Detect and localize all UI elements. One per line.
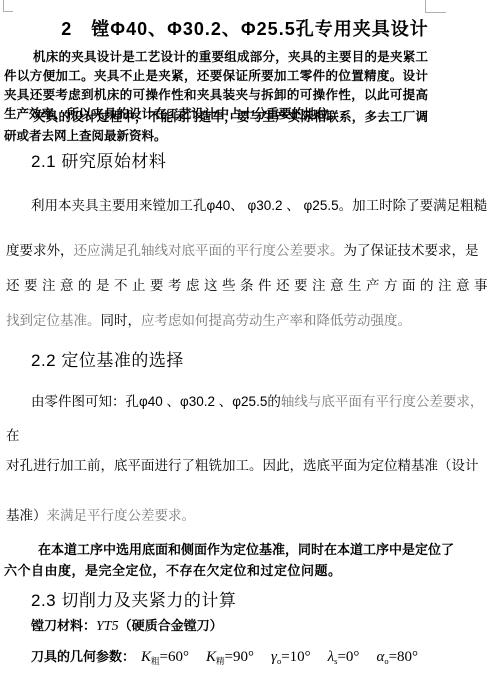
s21-line4-black: 同时， xyxy=(101,313,142,328)
s21-line2-gray: 还应满足孔轴线对底平面的平行度公差要求。 xyxy=(74,243,344,258)
tool-material-value: YT5 xyxy=(96,619,119,634)
s22-line-3: 对孔进行加工前，底平面进行了粗铣加工。因此，选底平面为定位精基准（设计 xyxy=(6,454,479,474)
tool-geometry-label: 刀具的几何参数： xyxy=(31,649,135,664)
param-k-fine: K精=90° xyxy=(206,649,254,665)
s21-line-2: 度要求外，还应满足孔轴线对底平面的平行度公差要求。为了保证技术要求，是 xyxy=(6,239,479,259)
s22-line1-black: 由零件图可知：孔φ40 、φ30.2 、φ25.5的 xyxy=(31,394,281,409)
s22-locating-line-2: 六个自由度，是完全定位，不存在欠定位和过定位问题。 xyxy=(4,560,342,579)
param-lambda-s: λs=0° xyxy=(328,649,360,665)
s22-line1-gray: 轴线与底平面有平行度公差要求， xyxy=(281,394,484,409)
document-page: 2 镗Φ40、Φ30.2、Φ25.5孔专用夹具设计 机床的夹具设计是工艺设计的重… xyxy=(0,0,490,674)
s21-line4-gray-b: 应考虑如何提高劳动生产率和降低劳动强度。 xyxy=(141,313,411,328)
s21-line-1: 利用本夹具主要用来镗加工孔φ40、 φ30.2 、 φ25.5。加工时除了要满足… xyxy=(31,194,487,214)
s22-line-4: 基准）来满足平行度公差要求。 xyxy=(6,504,195,524)
s21-line4-gray-a: 找到定位基准。 xyxy=(6,313,101,328)
s22-locating-line-1: 在本道工序中选用底面和侧面作为定位基准，同时在本道工序中是定位了 xyxy=(38,539,454,558)
section-heading-2-2: 2.2 定位基准的选择 xyxy=(31,346,184,371)
s21-line2-black-a: 度要求外， xyxy=(6,243,74,258)
section-heading-2-1: 2.1 研究原始材料 xyxy=(31,147,166,172)
s22-line-1: 由零件图可知：孔φ40 、φ30.2 、φ25.5的轴线与底平面有平行度公差要求… xyxy=(31,390,483,410)
s21-line-3: 还要注意的是不止要考虑这些条件还要注意生产方面的注意事项 xyxy=(6,274,490,294)
intro-paragraph-2: 夹具的设计过程中，不能闭门造车，要与生产实际相联系，多去工厂调研或者去网上查阅最… xyxy=(4,108,428,146)
tool-geometry-line: 刀具的几何参数：K粗=60°K精=90°γo=10°λs=0°αo=80° xyxy=(31,646,435,667)
s22-line-2: 在 xyxy=(6,424,20,444)
tool-material-note: （硬质合金镗刀） xyxy=(119,618,223,633)
s22-line4-gray: 来满足平行度公差要求。 xyxy=(47,508,196,523)
s22-line4-black: 基准） xyxy=(6,508,47,523)
chapter-title: 2 镗Φ40、Φ30.2、Φ25.5孔专用夹具设计 xyxy=(0,15,490,41)
section-heading-2-3: 2.3 切削力及夹紧力的计算 xyxy=(31,586,236,611)
tool-geometry-formula: K粗=60°K精=90°γo=10°λs=0°αo=80° xyxy=(141,649,435,665)
s21-line2-black-b: 为了保证技术要求，是 xyxy=(344,243,479,258)
s21-line-4: 找到定位基准。同时，应考虑如何提高劳动生产率和降低劳动强度。 xyxy=(6,309,411,329)
tool-material-line: 镗刀材料：YT5（硬质合金镗刀） xyxy=(31,615,223,635)
text-boundary-mark-top-left xyxy=(3,0,13,12)
text-boundary-mark-top-right xyxy=(425,0,446,13)
param-alpha-o: αo=80° xyxy=(376,649,418,665)
tool-material-label: 镗刀材料： xyxy=(31,618,96,633)
param-gamma-o: γo=10° xyxy=(271,649,311,665)
param-k-rough: K粗=60° xyxy=(141,649,189,665)
